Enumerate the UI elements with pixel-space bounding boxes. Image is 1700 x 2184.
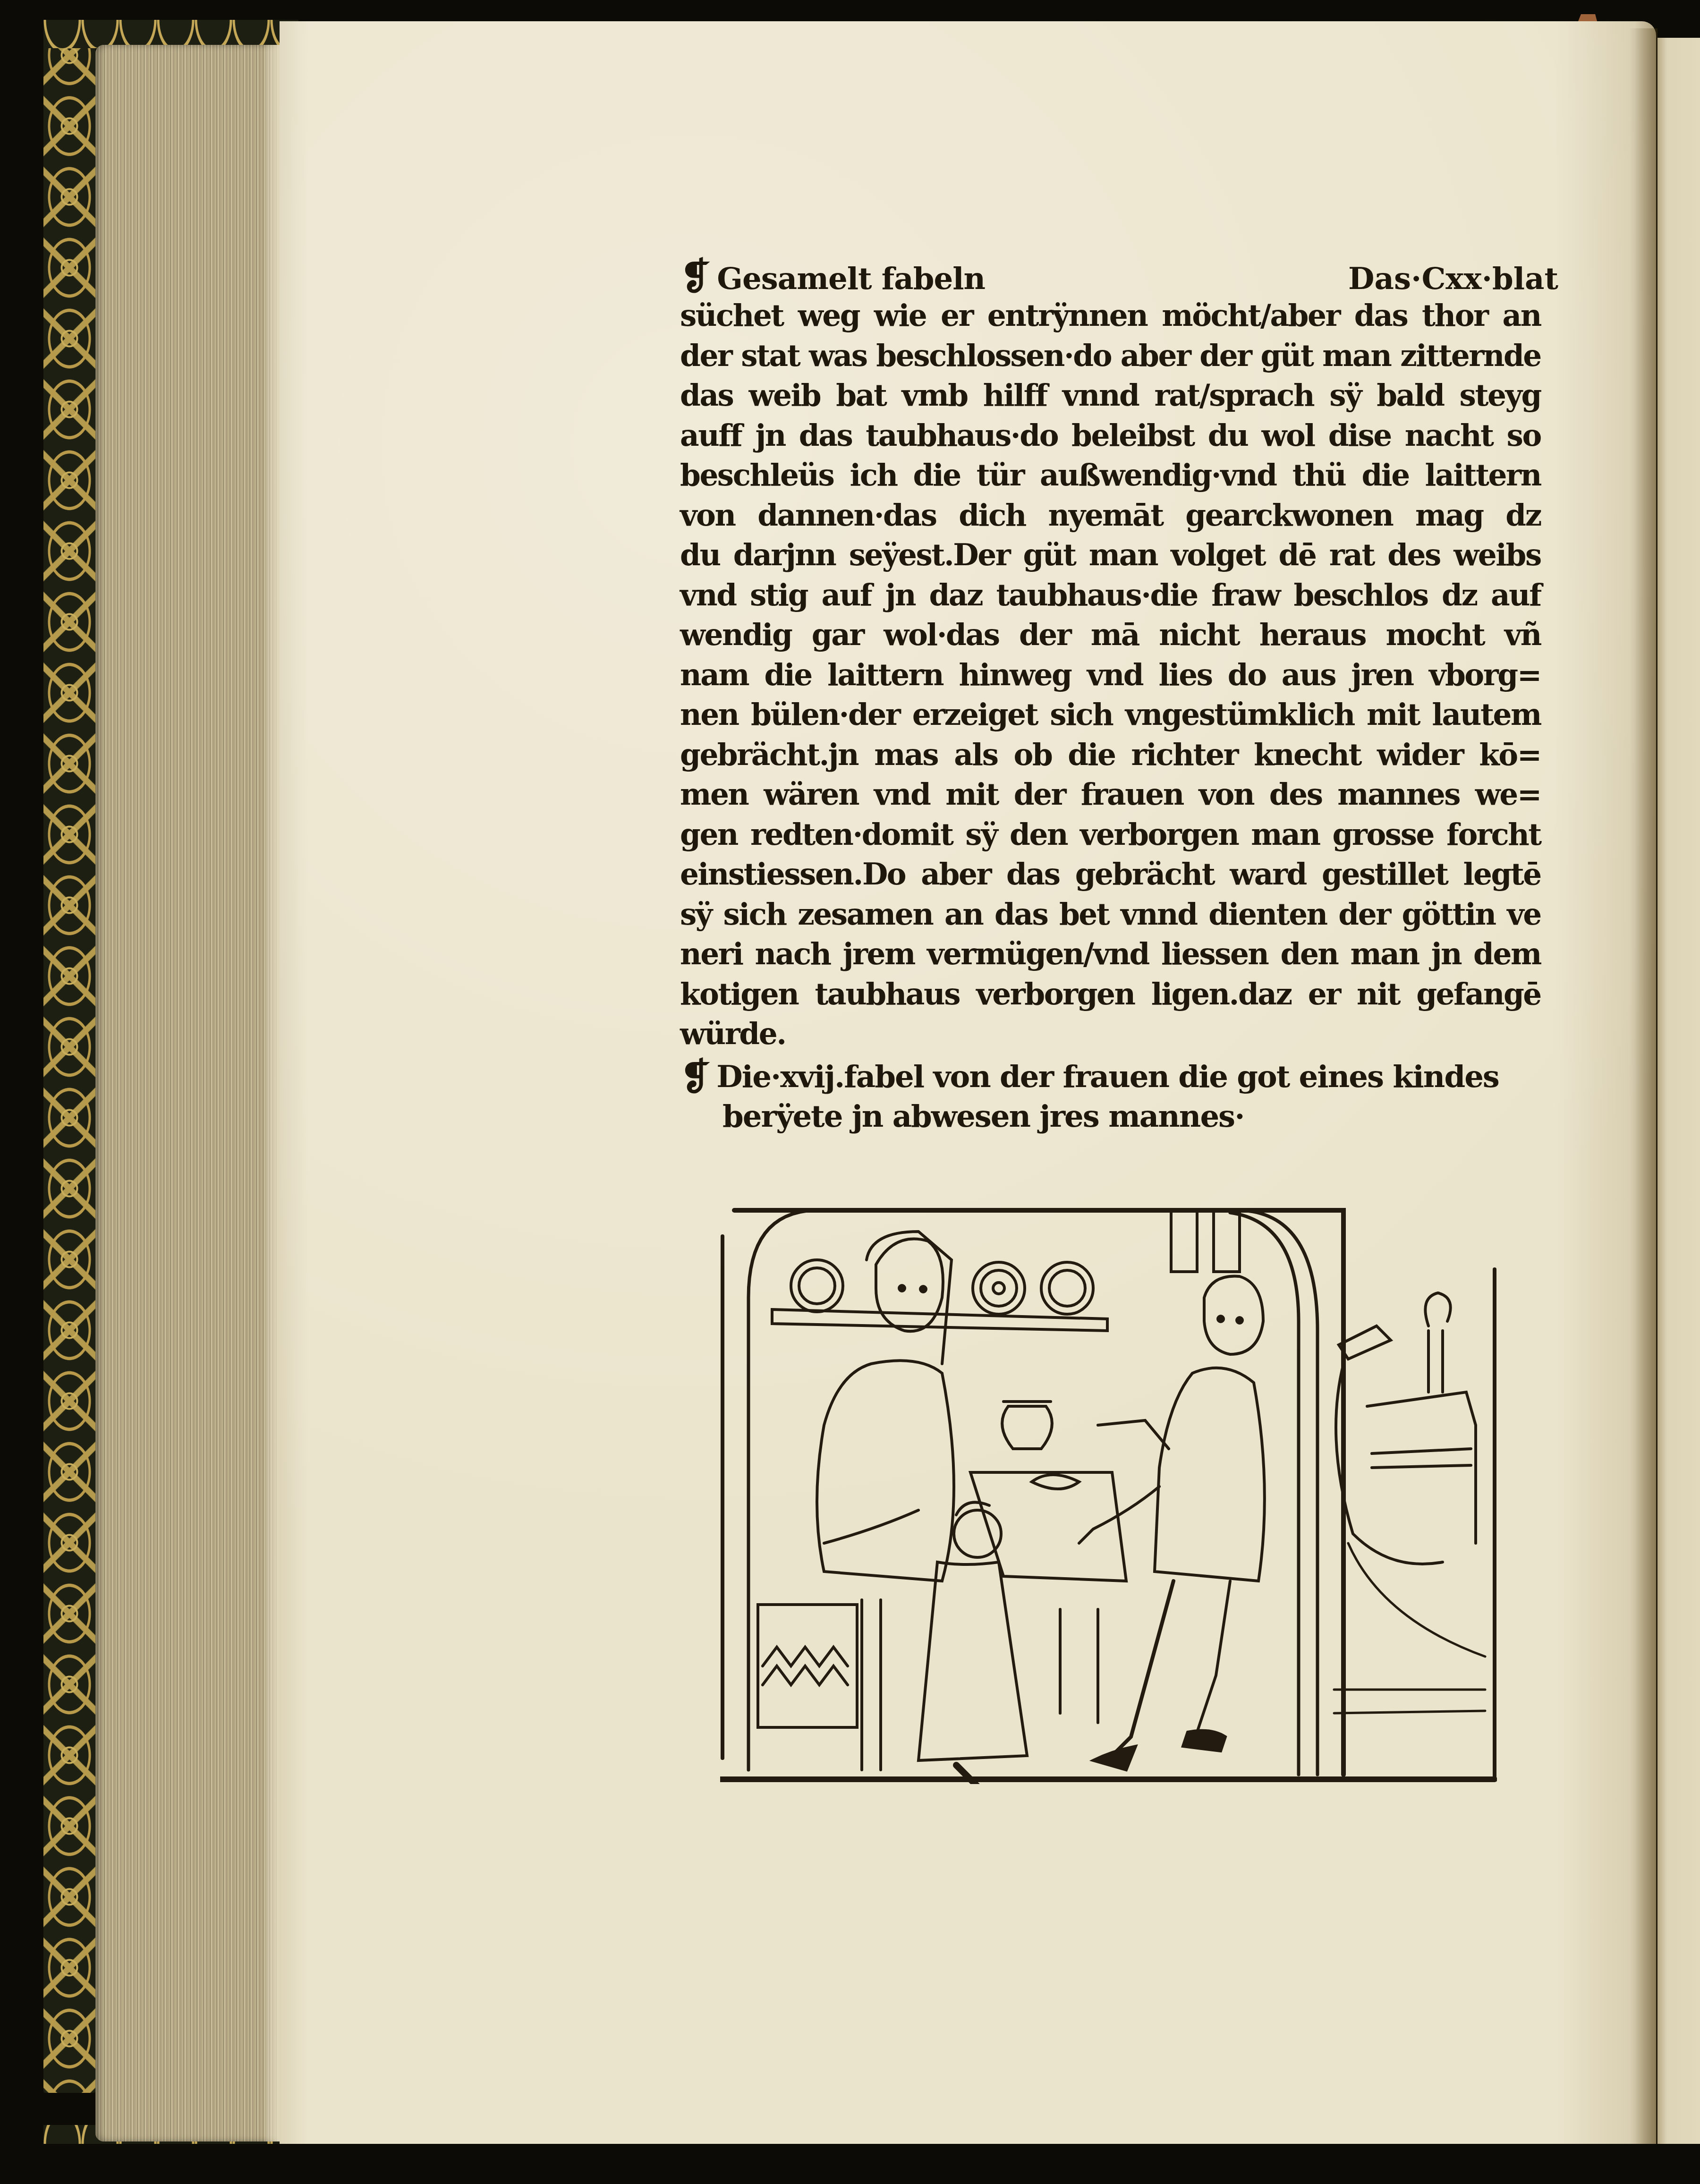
- text-line: gebrächt.jn mas als ob die richter knech…: [680, 735, 1541, 775]
- text-line: einstiessen.Do aber das gebrächt ward ge…: [680, 855, 1541, 895]
- book-page-edges: [95, 45, 280, 2142]
- gilt-binding-border: [43, 20, 95, 2093]
- text-line: du darjnn seÿest.Der güt man volget dē r…: [680, 535, 1541, 576]
- chapter-title-part-1: Die·xvij.fabel von der frauen die got ei…: [716, 1057, 1499, 1097]
- chapter-heading-line-1: ❡ Die·xvij.fabel von der frauen die got …: [680, 1057, 1558, 1097]
- folio-number: Das·Cxx·blat: [1348, 260, 1558, 298]
- text-line: kotigen taubhaus verborgen ligen.daz er …: [680, 975, 1541, 1015]
- text-line: würde.: [680, 1014, 1541, 1054]
- woodcut-drawing-icon: [720, 1203, 1497, 1784]
- text-line: vnd stig auf jn daz taubhaus·die fraw be…: [680, 576, 1541, 616]
- text-line: der stat was beschlossen·do aber der güt…: [680, 336, 1541, 376]
- pilcrow-icon: ❡: [680, 1057, 710, 1097]
- text-line: sÿ sich zesamen an das bet vnnd dienten …: [680, 895, 1541, 935]
- gutter-shadow: [1629, 28, 1657, 2144]
- running-head-title: Gesamelt fabeln: [717, 261, 985, 297]
- running-head: ❡Gesamelt fabeln Das·Cxx·blat: [680, 257, 1558, 296]
- woodcut-illustration: Woodcut illustration: a woman seated at …: [720, 1203, 1497, 1784]
- text-line: das weib bat vmb hilff vnnd rat/sprach s…: [680, 376, 1541, 416]
- text-line: nam die laittern hinweg vnd lies do aus …: [680, 655, 1541, 696]
- text-line: men wären vnd mit der frauen von des man…: [680, 775, 1541, 815]
- running-head-left: ❡Gesamelt fabeln: [680, 257, 985, 298]
- chapter-title-part-2: berÿete jn abwesen jres mannes·: [680, 1097, 1558, 1137]
- text-line: neri nach jrem vermügen/vnd liessen den …: [680, 935, 1541, 975]
- text-line: von dannen·das dich nyemāt gearckwonen m…: [680, 496, 1541, 536]
- text-line: gen redten·domit sÿ den verborgen man gr…: [680, 815, 1541, 855]
- text-line: wendig gar wol·das der mā nicht heraus m…: [680, 615, 1541, 655]
- chapter-heading: ❡ Die·xvij.fabel von der frauen die got …: [680, 1057, 1558, 1137]
- pilcrow-icon: ❡: [680, 255, 710, 298]
- text-line: beschleüs ich die tür außwendig·vnd thü …: [680, 456, 1541, 496]
- text-line: nen bülen·der erzeiget sich vngestümklic…: [680, 695, 1541, 735]
- text-line: süchet weg wie er entrÿnnen möcht/aber d…: [680, 296, 1541, 336]
- gilt-binding-top-border: [43, 20, 298, 48]
- facing-page-edge: [1657, 38, 1700, 2144]
- text-line: auff jn das taubhaus·do beleibst du wol …: [680, 416, 1541, 456]
- body-text: süchet weg wie er entrÿnnen möcht/aber d…: [680, 296, 1558, 1054]
- printed-text-block: ❡Gesamelt fabeln Das·Cxx·blat süchet weg…: [680, 257, 1558, 1137]
